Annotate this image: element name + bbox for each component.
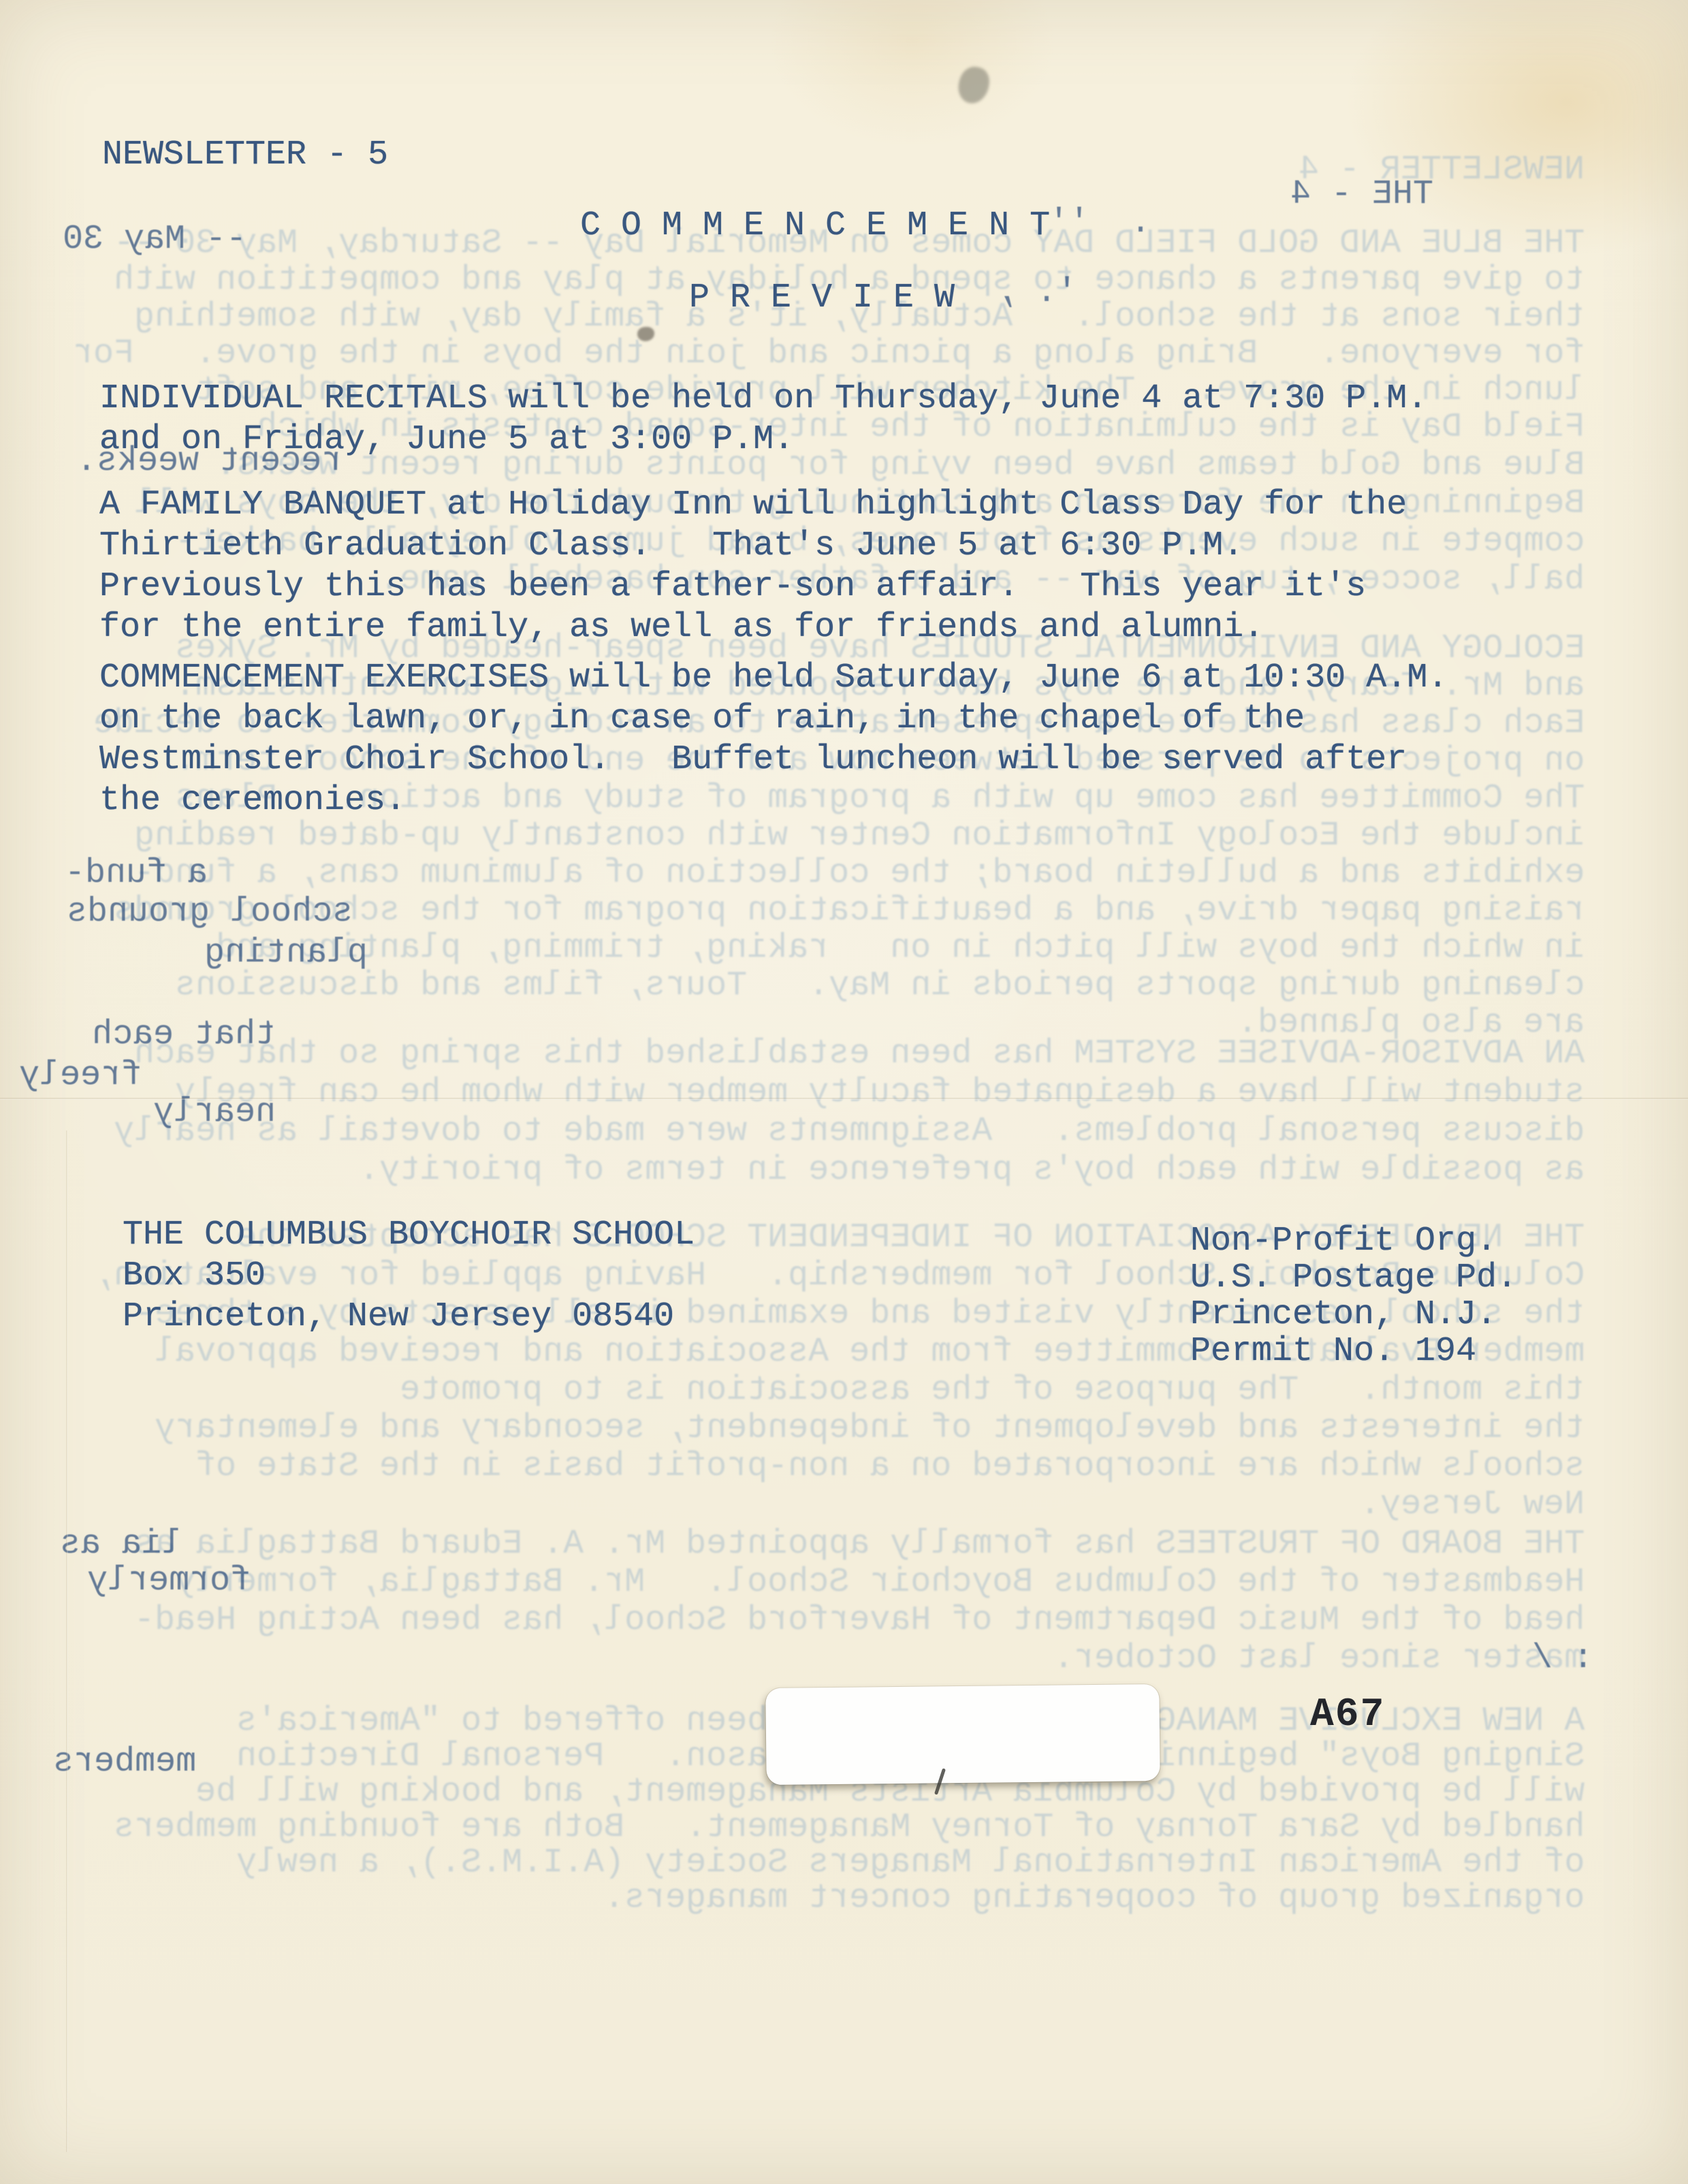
- bleedthrough-line: Headmaster of the Columbus Boychoir Scho…: [175, 1564, 1585, 1602]
- ink-smudge-top: [955, 64, 992, 106]
- bleedthrough-line: THE BOARD OF TRUSTEES has formally appoi…: [134, 1525, 1585, 1564]
- bleedthrough-line: as possible with each boy's preference i…: [359, 1152, 1585, 1190]
- page-label: NEWSLETTER - 5: [102, 135, 388, 176]
- bleedthrough-dark-fragment: planting: [204, 934, 368, 972]
- paragraph-commencement-exercises: COMMENCEMENT EXERCISES will be held Satu…: [99, 658, 1448, 821]
- bleedthrough-dark-fragment: lia as: [60, 1525, 182, 1564]
- typewritten-line: for the entire family, as well as for fr…: [99, 607, 1407, 648]
- typewritten-line: on the back lawn, or, in case of rain, i…: [99, 699, 1448, 740]
- typewritten-line: Box 350: [123, 1256, 695, 1297]
- typewritten-line: Westminster Choir School. Buffet luncheo…: [99, 740, 1448, 780]
- bleedthrough-line: discuss personal problems. Assignments w…: [114, 1113, 1585, 1151]
- bleedthrough-line: organized group of cooperating concert m…: [604, 1880, 1585, 1918]
- document-title-line2: P R E V I E W: [689, 278, 955, 319]
- horizontal-fold-crease: [0, 1098, 1688, 1100]
- paragraph-family-banquet: A FAMILY BANQUET at Holiday Inn will hig…: [99, 485, 1407, 648]
- typewritten-line: and on Friday, June 5 at 3:00 P.M.: [99, 420, 1427, 460]
- bleedthrough-dark-fragment: : /: [1532, 1640, 1593, 1678]
- bleedthrough-line: NEWSLETTER - 4: [1299, 151, 1585, 189]
- address-redaction-sticker: [765, 1684, 1160, 1785]
- bleedthrough-dark-fragment: formerly: [87, 1562, 251, 1600]
- bleedthrough-dark-fragment: '. ,: [996, 274, 1077, 312]
- typewritten-line: Thirtieth Graduation Class. That's June …: [99, 526, 1407, 567]
- typewritten-line: THE COLUMBUS BOYCHOIR SCHOOL: [123, 1215, 695, 1256]
- bleedthrough-dark-fragment: -- May 30: [63, 221, 246, 259]
- bleedthrough-dark-fragment: freely: [19, 1057, 142, 1095]
- return-address-block: THE COLUMBUS BOYCHOIR SCHOOLBox 350Princ…: [123, 1215, 695, 1338]
- bleedthrough-dark-fragment: THE - 4: [1290, 176, 1433, 214]
- bleedthrough-line: master since last October.: [1053, 1640, 1585, 1678]
- postage-permit-block: Non-Profit Org.U.S. Postage Pd.Princeton…: [1190, 1223, 1517, 1370]
- catalog-mark: A67: [1310, 1693, 1385, 1737]
- paragraph-individual-recitals: INDIVIDUAL RECITALS will be held on Thur…: [99, 379, 1427, 460]
- ink-smudge-center: [637, 327, 654, 341]
- bleedthrough-line: student will have a designated faculty m…: [175, 1074, 1585, 1112]
- bleedthrough-dark-fragment: . '': [1049, 204, 1151, 242]
- bleedthrough-line: of the American International Managers S…: [236, 1844, 1585, 1882]
- typewritten-line: U.S. Postage Pd.: [1190, 1260, 1517, 1297]
- typewritten-line: Non-Profit Org.: [1190, 1223, 1517, 1260]
- document-title-line1: C O M M E N C E M E N T: [580, 206, 1050, 247]
- typewritten-line: Princeton, N.J.: [1190, 1297, 1517, 1333]
- bleedthrough-dark-fragment: that each: [92, 1016, 276, 1054]
- bleedthrough-dark-fragment: a fund-: [65, 855, 208, 893]
- bleedthrough-line: schools which are incorporated on a non-…: [195, 1448, 1585, 1486]
- bleedthrough-line: cleaning during sports periods in May. T…: [175, 967, 1585, 1005]
- bleedthrough-line: include the Ecology Information Center w…: [134, 817, 1585, 855]
- bleedthrough-line: this month. The purpose of the associati…: [400, 1372, 1585, 1410]
- typewritten-line: Previously this has been a father-son af…: [99, 567, 1407, 607]
- bleedthrough-line: head of the Music Department of Haverfor…: [134, 1602, 1585, 1640]
- bleedthrough-line: handled by Sara Tornay of Torney Managem…: [114, 1809, 1585, 1847]
- bleedthrough-dark-fragment: school grounds: [67, 893, 353, 932]
- scanned-newsletter-page: NEWSLETTER - 4THE BLUE AND GOLD FIELD DA…: [0, 0, 1688, 2184]
- typewritten-line: the ceremonies.: [99, 780, 1448, 821]
- bleedthrough-line: AN ADVISOR-ADVISEE SYSTEM has been estab…: [134, 1035, 1585, 1073]
- vertical-fold-crease: [66, 1130, 68, 2152]
- bleedthrough-line: in which the boys will pitch in on rakin…: [216, 930, 1585, 968]
- typewritten-line: Permit No. 194: [1190, 1333, 1517, 1370]
- bleedthrough-line: New Jersey.: [1360, 1486, 1585, 1524]
- bleedthrough-line: exhibits and a bulletin board; the colle…: [134, 855, 1585, 893]
- typewritten-line: A FAMILY BANQUET at Holiday Inn will hig…: [99, 485, 1407, 526]
- bleedthrough-line: raising paper drive, and a beautificatio…: [114, 892, 1585, 930]
- bleedthrough-line: are also planned.: [1237, 1004, 1585, 1043]
- bleedthrough-line: for everyone. Bring along a picnic and j…: [73, 335, 1585, 373]
- bleedthrough-line: the interests and development of indepen…: [155, 1410, 1585, 1448]
- typewritten-line: Princeton, New Jersey 08540: [123, 1297, 695, 1338]
- typewritten-line: COMMENCEMENT EXERCISES will be held Satu…: [99, 658, 1448, 699]
- typewritten-line: INDIVIDUAL RECITALS will be held on Thur…: [99, 379, 1427, 420]
- bleedthrough-dark-fragment: members: [53, 1743, 196, 1782]
